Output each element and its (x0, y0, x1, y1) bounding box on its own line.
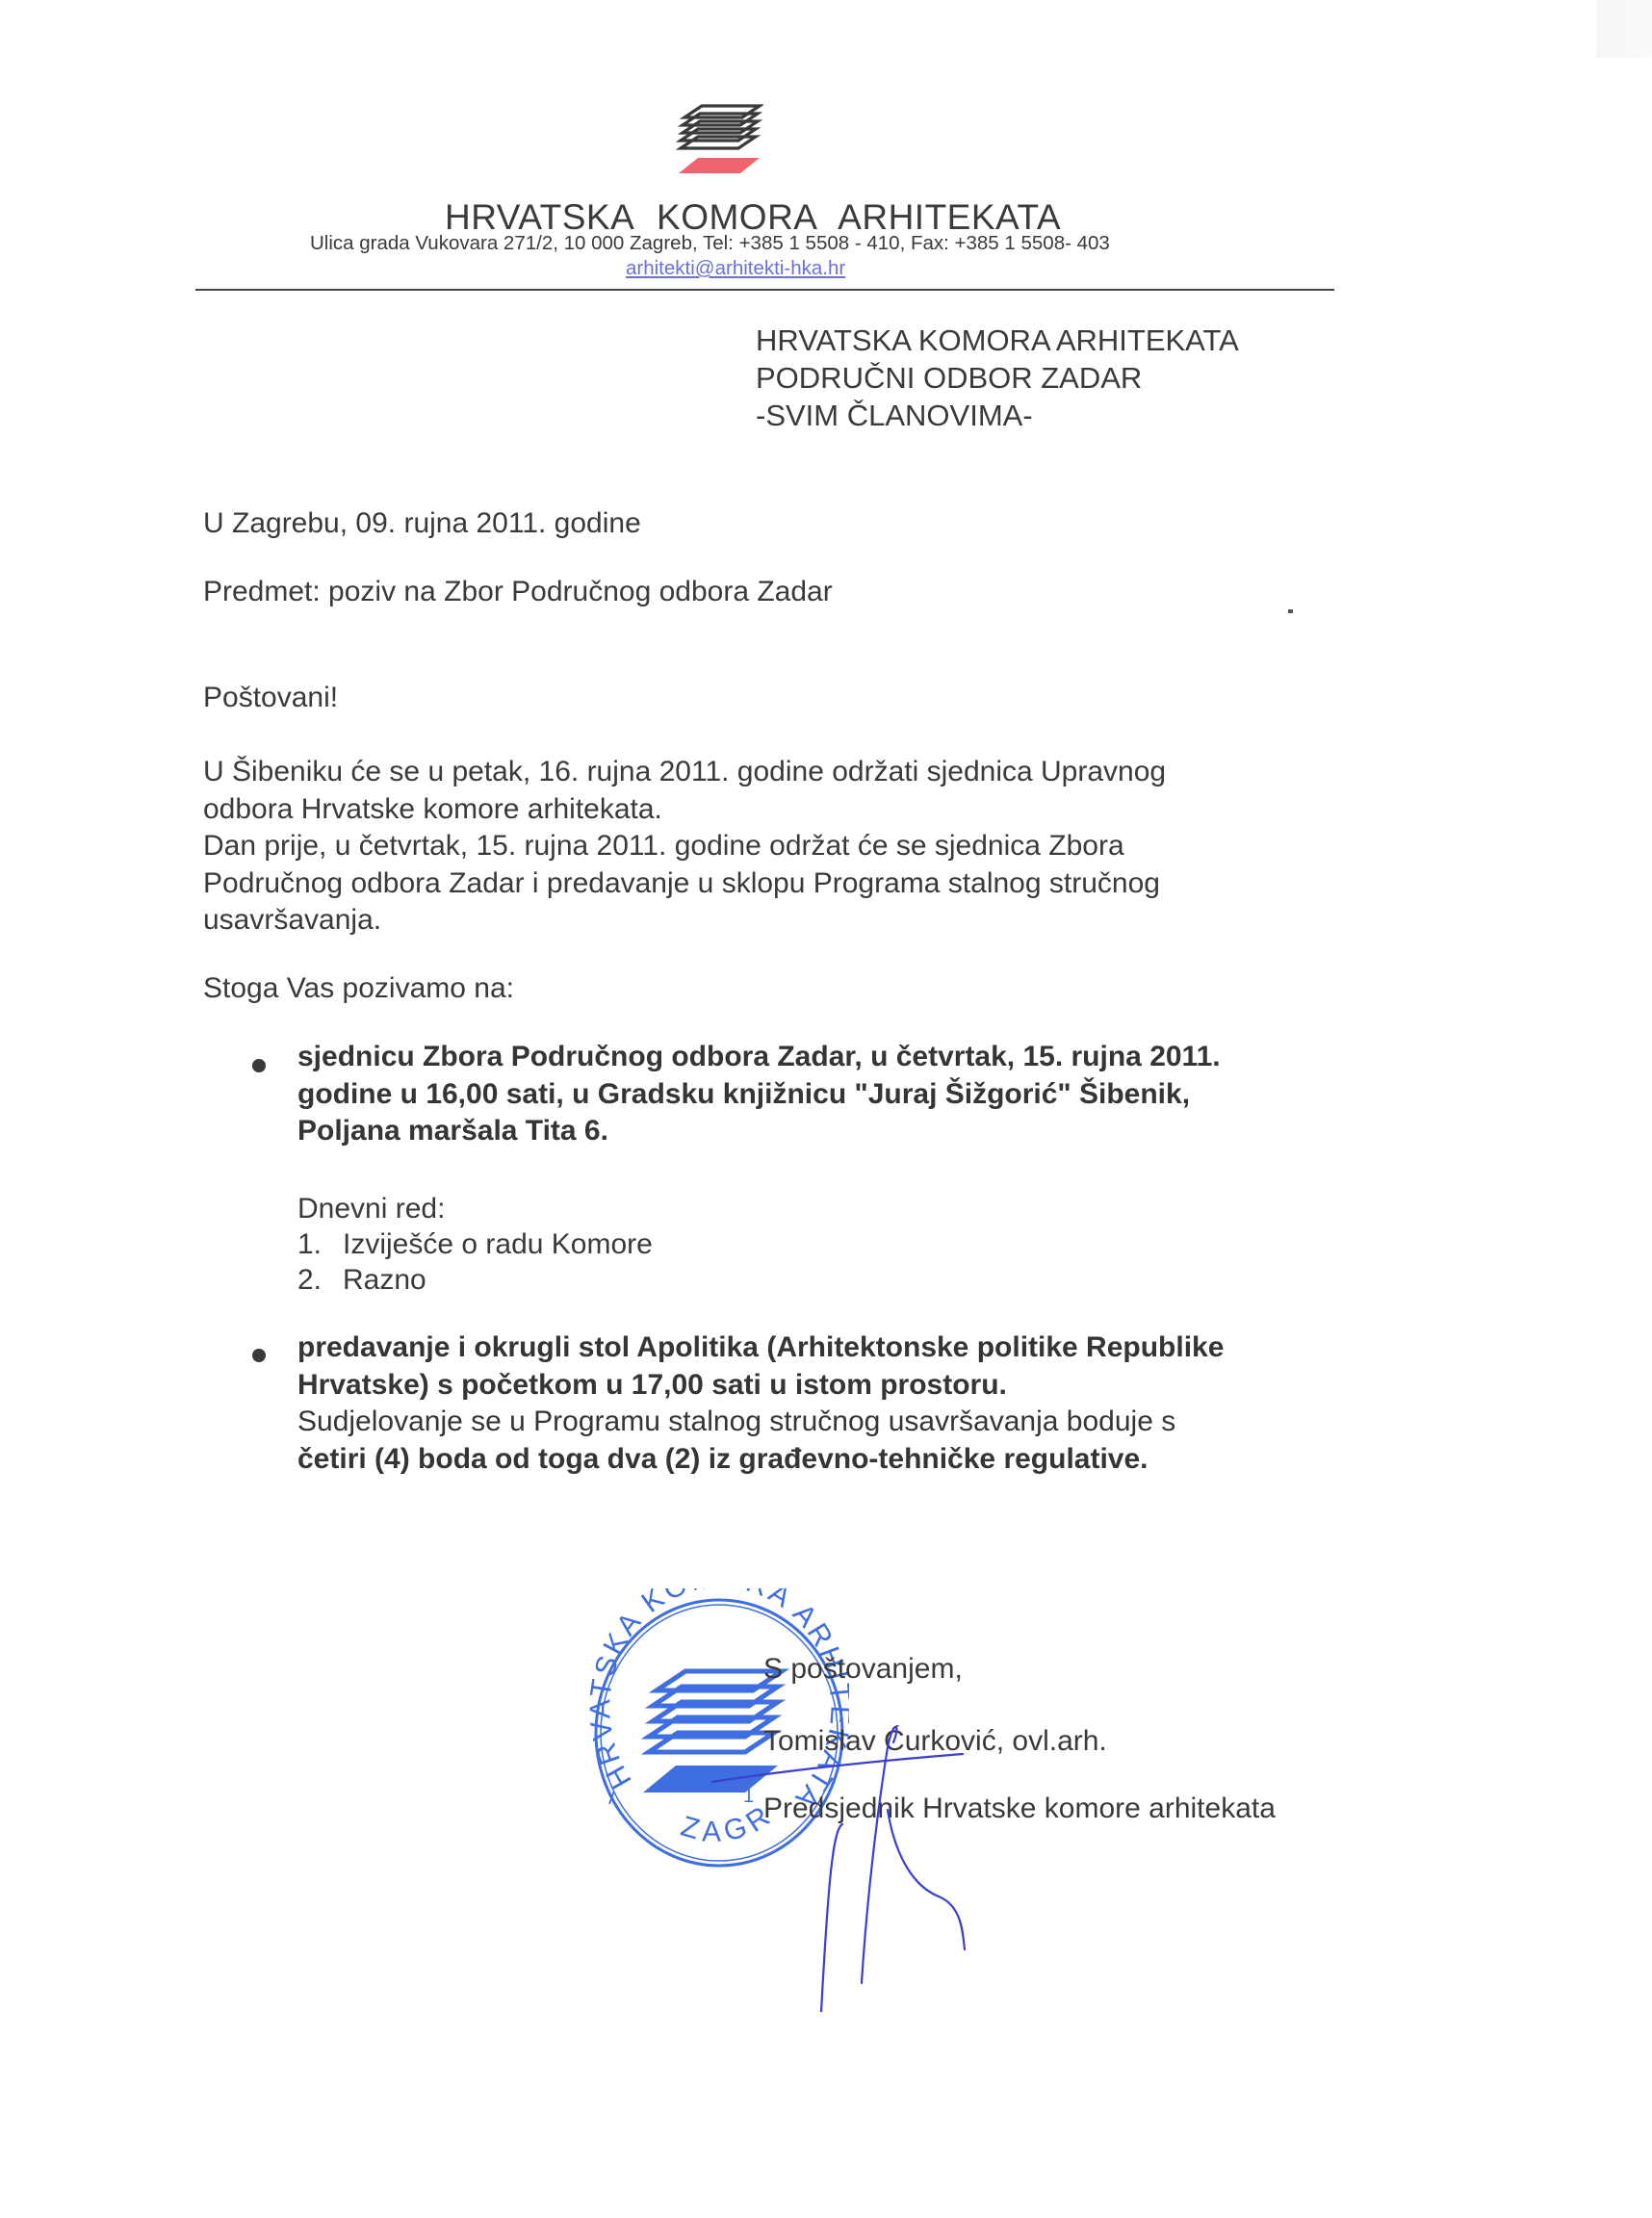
bullet-line: sjednicu Zbora Područnog odbora Zadar, u… (297, 1039, 1221, 1076)
bullet-line: četiri (4) boda od toga dva (2) iz građe… (297, 1441, 1224, 1479)
agenda-title: Dnevni red: (297, 1191, 653, 1226)
email-link[interactable]: arhitekti@arhitekti-hka.hr (626, 257, 845, 280)
scan-edge-artifact (1596, 0, 1652, 58)
agenda-item: 1.Izviješće o radu Komore (297, 1226, 653, 1262)
meeting-bullet: sjednicu Zbora Područnog odbora Zadar, u… (297, 1039, 1221, 1150)
paragraph-line: odbora Hrvatske komore arhitekata. (203, 791, 1166, 829)
handwritten-signature-icon (674, 1694, 1040, 2012)
bullet-line: godine u 16,00 sati, u Gradsku knjižnicu… (297, 1076, 1221, 1114)
closing-greeting: S poštovanjem, (763, 1653, 963, 1686)
salutation: Poštovani! (203, 682, 338, 714)
recipient-line: -SVIM ČLANOVIMA- (756, 397, 1239, 434)
agenda-item-text: Izviješće o radu Komore (343, 1228, 653, 1260)
paragraph-line: Područnog odbora Zadar i predavanje u sk… (203, 865, 1166, 903)
letterhead-divider (195, 289, 1334, 291)
recipient-line: PODRUČNI ODBOR ZADAR (756, 359, 1239, 397)
bullet-line: Sudjelovanje se u Programu stalnog struč… (297, 1404, 1224, 1441)
scan-speck (1288, 609, 1293, 613)
bullet-icon (252, 1349, 266, 1362)
paragraph-line: usavršavanja. (203, 902, 1166, 940)
stacked-floors-logo-icon (667, 100, 763, 177)
agenda-item-number: 2. (297, 1262, 343, 1298)
bullet-line: predavanje i okrugli stol Apolitika (Arh… (297, 1329, 1224, 1367)
bullet-line: Hrvatske) s početkom u 17,00 sati u isto… (297, 1367, 1224, 1405)
agenda-item-text: Razno (343, 1264, 426, 1296)
subject-line: Predmet: poziv na Zbor Područnog odbora … (203, 576, 833, 608)
recipient-line: HRVATSKA KOMORA ARHITEKATA (756, 322, 1239, 359)
paragraph-line: Dan prije, u četvrtak, 15. rujna 2011. g… (203, 828, 1166, 865)
agenda: Dnevni red: 1.Izviješće o radu Komore 2.… (297, 1191, 653, 1298)
date-line: U Zagrebu, 09. rujna 2011. godine (203, 507, 641, 540)
invite-intro: Stoga Vas pozivamo na: (203, 972, 514, 1005)
bullet-icon (252, 1059, 266, 1072)
bullet-line: Poljana maršala Tita 6. (297, 1113, 1221, 1150)
agenda-item-number: 1. (297, 1226, 343, 1262)
paragraph-line: U Šibeniku će se u petak, 16. rujna 2011… (203, 754, 1166, 791)
organization-address: Ulica grada Vukovara 271/2, 10 000 Zagre… (310, 232, 1110, 255)
agenda-item: 2.Razno (297, 1262, 653, 1298)
lecture-bullet: predavanje i okrugli stol Apolitika (Arh… (297, 1329, 1224, 1478)
recipient-block: HRVATSKA KOMORA ARHITEKATA PODRUČNI ODBO… (756, 322, 1239, 434)
intro-paragraph: U Šibeniku će se u petak, 16. rujna 2011… (203, 754, 1166, 940)
